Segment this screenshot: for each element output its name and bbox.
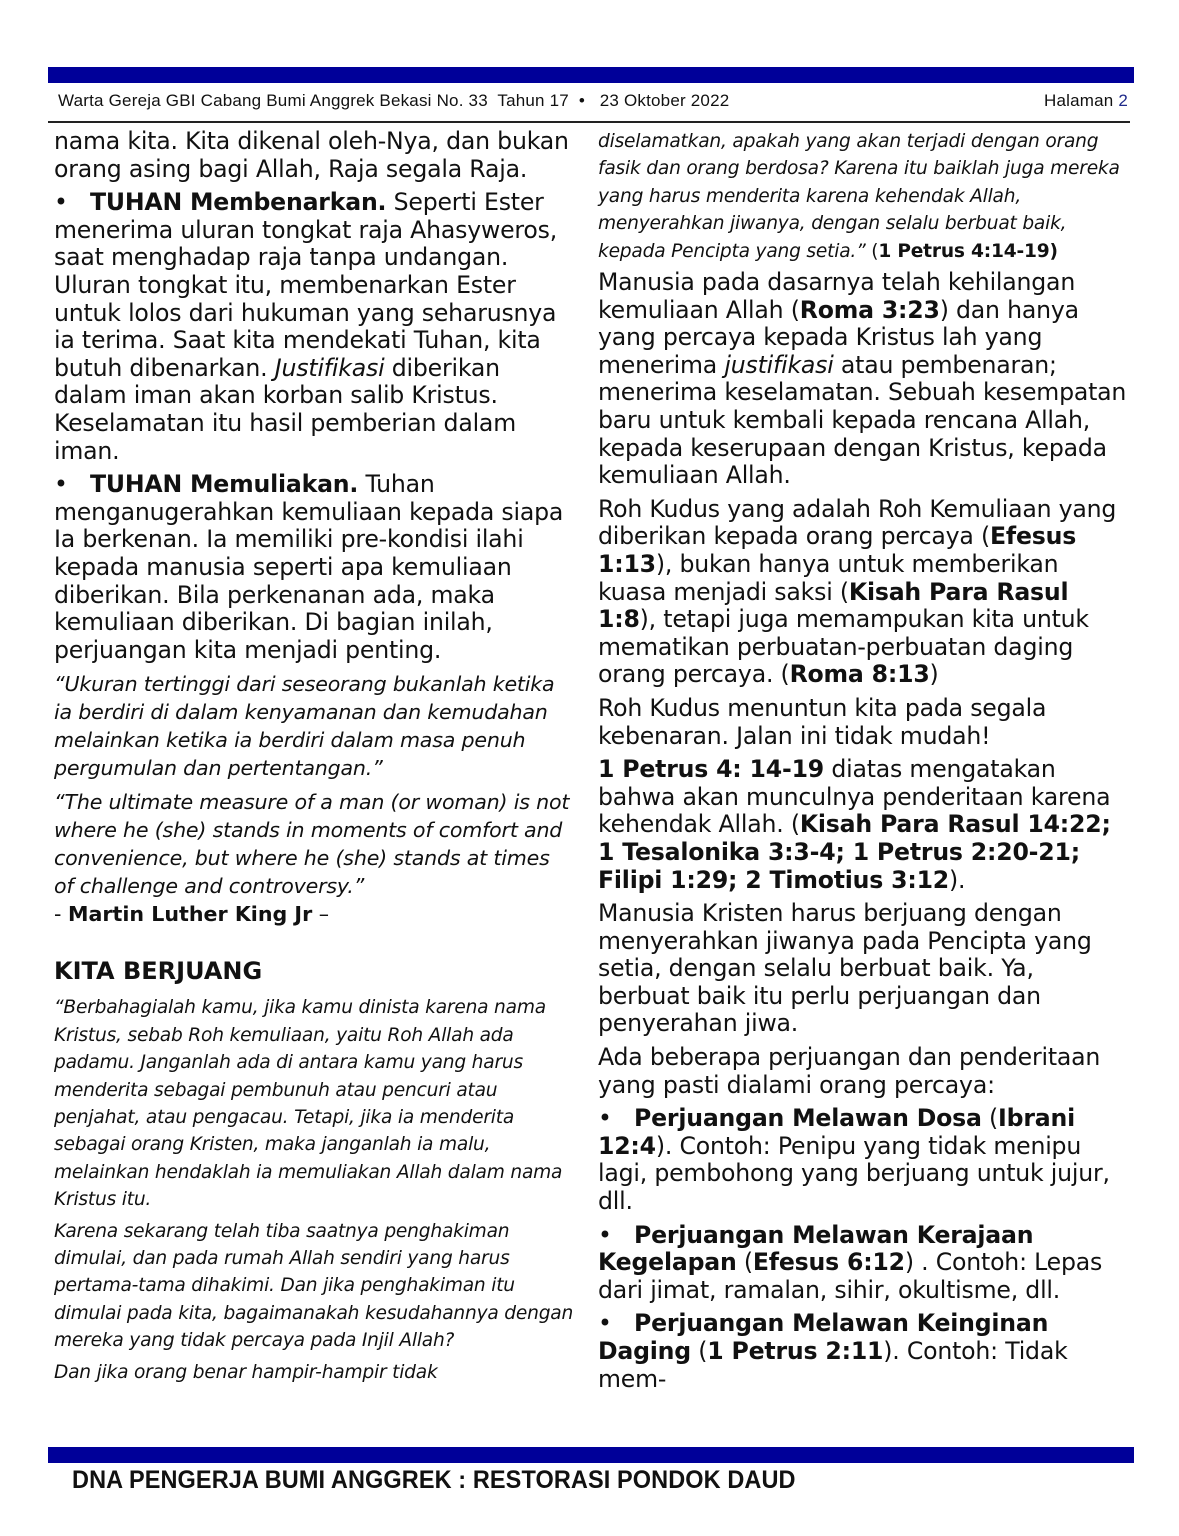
issue-date: 23 Oktober 2022 [600, 91, 730, 110]
header-publication-line: Warta Gereja GBI Cabang Bumi Anggrek Bek… [58, 91, 729, 111]
paren: ( [737, 1248, 753, 1276]
bullet-icon: • [598, 1222, 634, 1250]
bullet-title: Perjuangan Melawan Dosa [634, 1104, 982, 1132]
header-band [48, 67, 1134, 83]
footer-band [48, 1447, 1134, 1463]
section-title: KITA BERJUANG [54, 956, 574, 986]
scripture-reference: 1 Petrus 4: 14-19 [598, 755, 824, 783]
paragraph: Roh Kudus yang adalah Roh Kemuliaan yang… [598, 496, 1130, 689]
bullet-separator: • [579, 91, 585, 110]
paren: ( [866, 241, 879, 262]
page-label: Halaman [1044, 91, 1113, 110]
bullet-text: Seperti Ester menerima uluran tongkat ra… [54, 188, 557, 382]
bullet-title: TUHAN Memuliakan. [90, 470, 358, 498]
scripture-reference: Roma 8:13 [790, 660, 930, 688]
header-divider [48, 121, 1130, 123]
scripture-quote: Karena sekarang telah tiba saatnya pengh… [54, 1218, 574, 1355]
bullet-icon: • [54, 471, 90, 499]
paragraph: Manusia Kristen harus berjuang dengan me… [598, 900, 1130, 1038]
bullet-icon: • [598, 1310, 634, 1338]
dash: – [312, 902, 329, 926]
bullet-text: Tuhan menganugerahkan kemuliaan kepada s… [54, 470, 563, 664]
paren: ( [691, 1337, 707, 1365]
page-header: Warta Gereja GBI Cabang Bumi Anggrek Bek… [58, 89, 1128, 115]
paragraph: nama kita. Kita dikenal oleh-Nya, dan bu… [54, 128, 574, 183]
page-number: 2 [1118, 91, 1128, 110]
scripture-quote: “Berbahagialah kamu, jika kamu dinista k… [54, 994, 574, 1213]
scripture-quote-continued: diselamatkan, apakah yang akan terjadi d… [598, 128, 1130, 265]
publication-title: Warta Gereja GBI Cabang Bumi Anggrek Bek… [58, 91, 569, 110]
right-column: diselamatkan, apakah yang akan terjadi d… [598, 128, 1130, 1399]
paragraph: Manusia pada dasarnya telah kehilangan k… [598, 269, 1130, 490]
dash: - [54, 902, 68, 926]
scripture-reference: Roma 3:23 [800, 296, 940, 324]
bullet-item: •TUHAN Membenarkan. Seperti Ester meneri… [54, 189, 574, 465]
scripture-reference: Efesus 6:12 [753, 1248, 905, 1276]
paragraph: 1 Petrus 4: 14-19 diatas mengatakan bahw… [598, 756, 1130, 894]
scripture-reference: 1 Petrus 4:14-19) [878, 241, 1057, 262]
paragraph: Roh Kudus menuntun kita pada segala kebe… [598, 695, 1130, 750]
left-column: nama kita. Kita dikenal oleh-Nya, dan bu… [54, 128, 574, 1390]
scripture-reference: 1 Petrus 2:11 [707, 1337, 883, 1365]
page-indicator: Halaman 2 [1044, 91, 1128, 111]
scripture-quote: Dan jika orang benar hampir-hampir tidak [54, 1359, 574, 1386]
quote-indonesian: “Ukuran tertinggi dari seseorang bukanla… [54, 670, 574, 782]
bullet-item: •Perjuangan Melawan Kerajaan Kegelapan (… [598, 1222, 1130, 1305]
text: ) [930, 660, 939, 688]
bullet-text: ). Contoh: Penipu yang tidak menipu lagi… [598, 1132, 1110, 1215]
emphasis: justifikasi [724, 351, 833, 379]
quote-english: “The ultimate measure of a man (or woman… [54, 788, 574, 900]
paragraph: Ada beberapa perjuangan dan penderitaan … [598, 1044, 1130, 1099]
bullet-item: •TUHAN Memuliakan. Tuhan menganugerahkan… [54, 471, 574, 664]
author-name: Martin Luther King Jr [68, 902, 312, 926]
text: ). [949, 866, 965, 894]
emphasis: Justifikasi [275, 354, 385, 382]
quote-author: - Martin Luther King Jr – [54, 900, 574, 928]
bullet-title: TUHAN Membenarkan. [90, 188, 386, 216]
bullet-icon: • [54, 189, 90, 217]
bullet-item: •Perjuangan Melawan Dosa (Ibrani 12:4). … [598, 1105, 1130, 1215]
bullet-icon: • [598, 1105, 634, 1133]
footer-slogan: DNA PENGERJA BUMI ANGGREK : RESTORASI PO… [72, 1466, 796, 1495]
bullet-item: •Perjuangan Melawan Keinginan Daging (1 … [598, 1310, 1130, 1393]
paren: ( [982, 1104, 998, 1132]
